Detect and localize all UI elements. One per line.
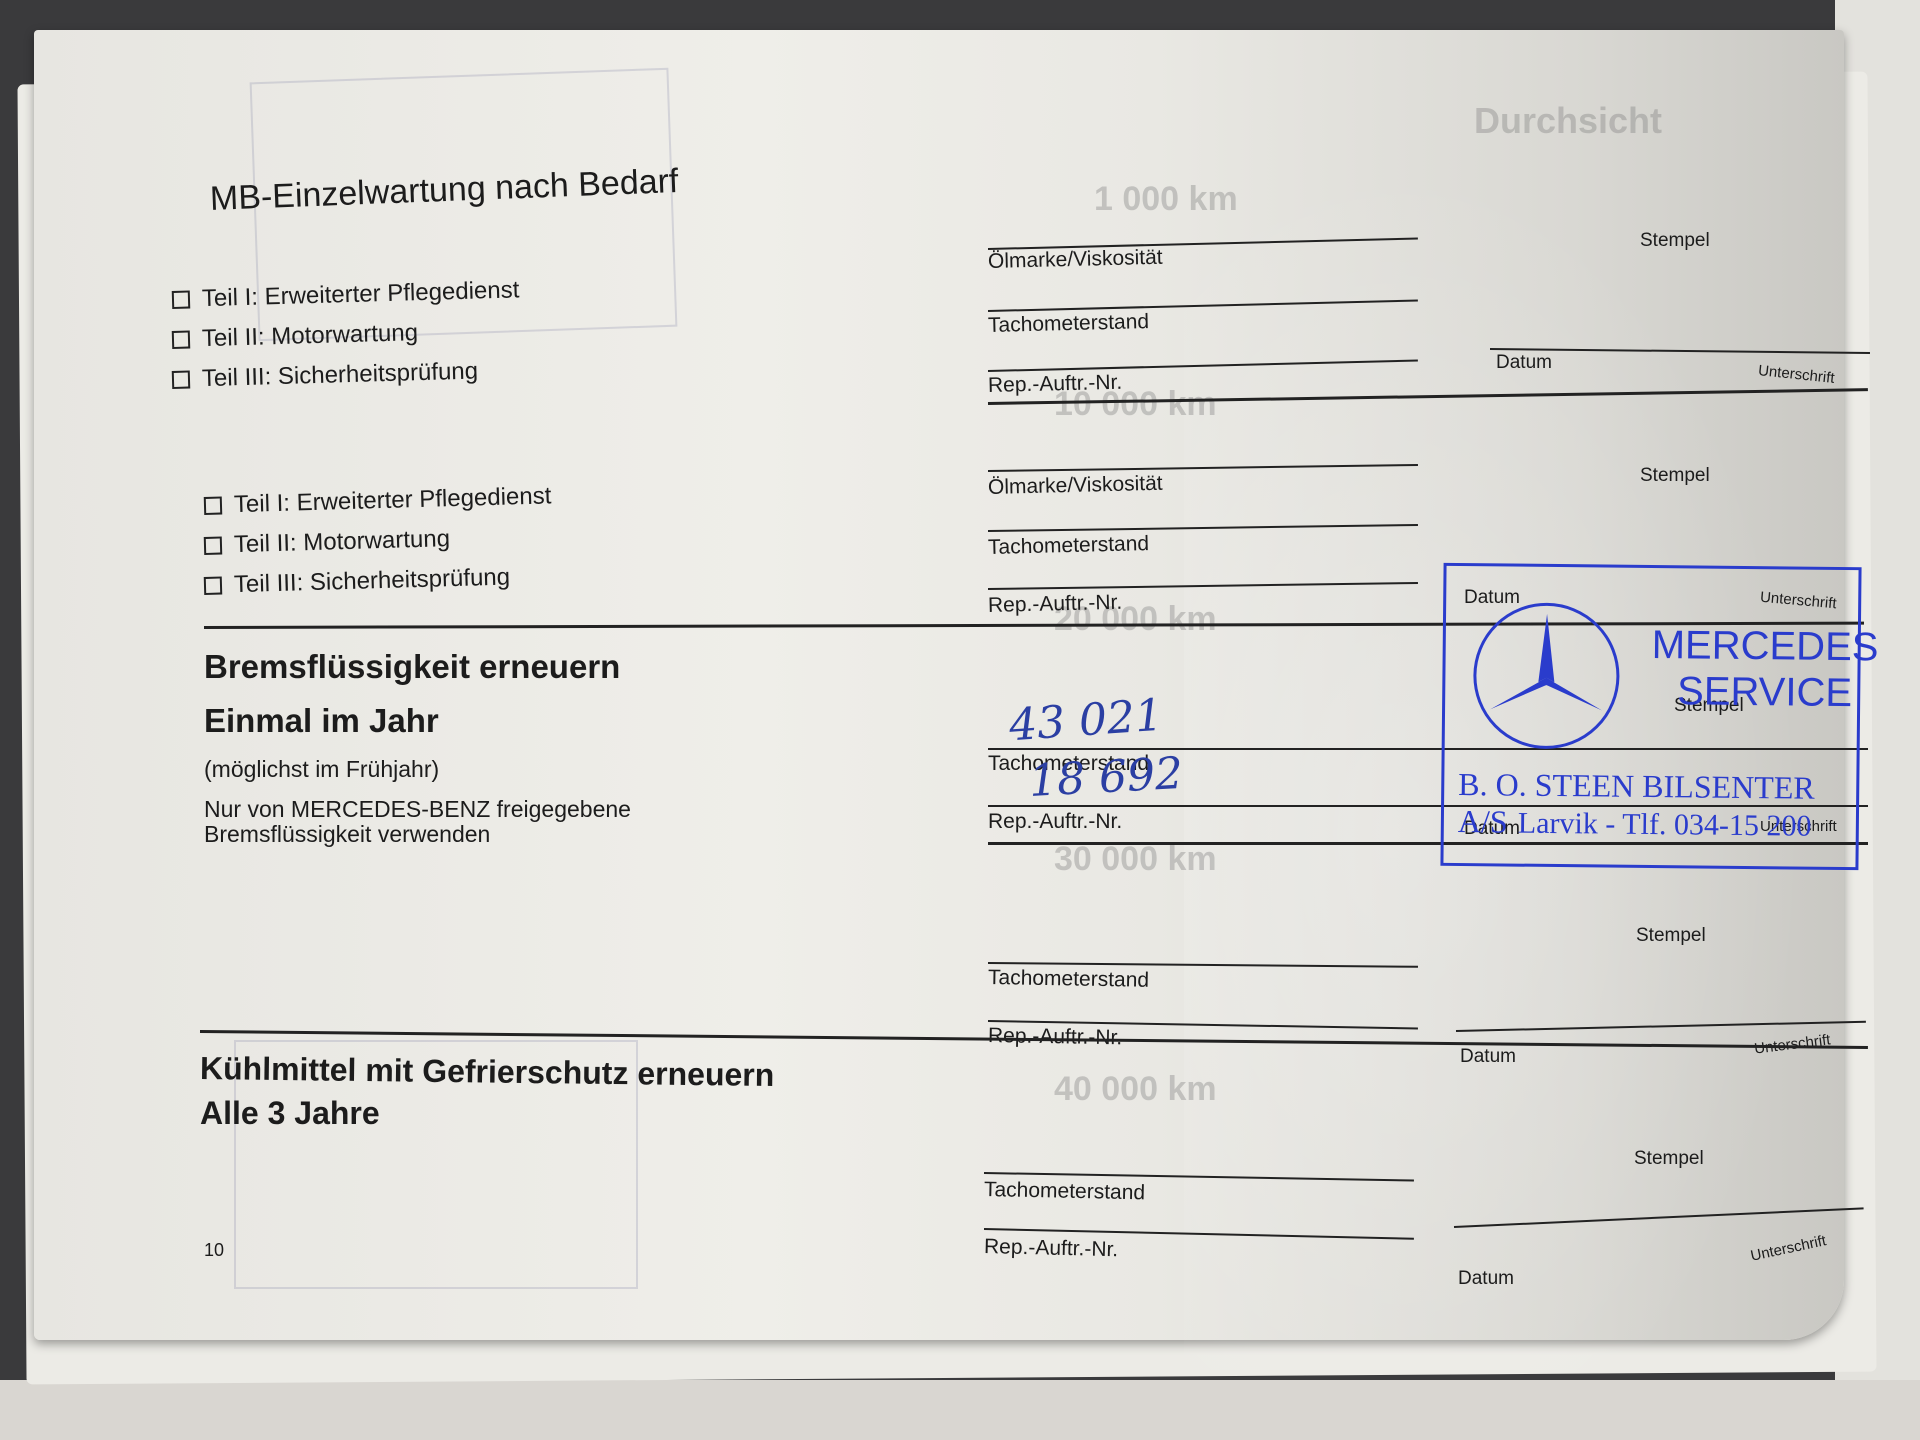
stamp-label: Stempel [1634, 1148, 1704, 1170]
field-label-order-no: Rep.-Auftr.-Nr. [988, 591, 1123, 618]
section-title-coolant: Kühlmittel mit Gefrierschutz erneuern [200, 1050, 775, 1094]
field-label-odometer: Tachometerstand [988, 532, 1150, 560]
checkbox[interactable] [204, 577, 222, 595]
floor-background [0, 1380, 1920, 1440]
checkbox[interactable] [172, 331, 190, 349]
date-label: Datum [1496, 352, 1552, 374]
item-label: Teil II: Motorwartung [234, 525, 451, 559]
date-label: Datum [1458, 1268, 1514, 1290]
stamp-location-phone: Larvik - Tlf. 034-15 200 [1518, 807, 1812, 844]
handwritten-odometer: 43 021 [1007, 690, 1164, 752]
bleed-text: Durchsicht [1474, 100, 1662, 142]
section-hint: (möglichst im Frühjahr) [204, 756, 439, 783]
dealer-stamp: MERCEDES SERVICE B. O. STEEN BILSENTER A… [1440, 563, 1861, 870]
section-title-brake-fluid: Bremsflüssigkeit erneuern [204, 648, 620, 686]
page-number: 10 [204, 1240, 224, 1261]
checklist-item[interactable]: Teil II: Motorwartung [204, 525, 451, 560]
stamp-label: Stempel [1640, 230, 1710, 252]
section-note: Nur von MERCEDES-BENZ freigegebene [204, 796, 631, 823]
field-label-odometer: Tachometerstand [984, 1178, 1146, 1205]
date-label: Datum [1460, 1046, 1516, 1068]
bleed-text: 40 000 km [1054, 1070, 1217, 1109]
field-label-odometer: Tachometerstand [988, 310, 1150, 338]
checkbox[interactable] [204, 497, 222, 515]
stamp-brand-line: SERVICE [1651, 668, 1878, 716]
field-label-oil: Ölmarke/Viskosität [988, 246, 1163, 274]
section-note: Bremsflüssigkeit verwenden [204, 821, 490, 848]
item-label: Teil II: Motorwartung [202, 319, 419, 353]
field-label-order-no: Rep.-Auftr.-Nr. [984, 1235, 1119, 1262]
mercedes-star-icon [1473, 602, 1621, 750]
handwritten-order-no: 18 692 [1028, 748, 1184, 807]
field-label-odometer: Tachometerstand [988, 966, 1149, 993]
item-label: Teil III: Sicherheitsprüfung [202, 357, 479, 393]
service-booklet-page: Durchsicht 1 000 km 10 000 km 20 000 km … [34, 30, 1844, 1340]
field-label-order-no: Rep.-Auftr.-Nr. [988, 371, 1123, 398]
stamp-label: Stempel [1640, 465, 1710, 487]
section-interval: Einmal im Jahr [204, 702, 439, 740]
field-label-oil: Ölmarke/Viskosität [988, 472, 1163, 500]
item-label: Teil III: Sicherheitsprüfung [234, 563, 511, 599]
checkbox[interactable] [204, 537, 222, 555]
item-label: Teil I: Erweiterter Pflegedienst [234, 482, 552, 519]
checkbox[interactable] [172, 371, 190, 389]
checklist-item[interactable]: Teil III: Sicherheitsprüfung [172, 357, 479, 394]
stamp-label: Stempel [1636, 925, 1706, 947]
checklist-item[interactable]: Teil II: Motorwartung [172, 319, 419, 354]
stamp-brand-line: MERCEDES [1652, 622, 1879, 670]
checklist-item[interactable]: Teil I: Erweiterter Pflegedienst [204, 482, 552, 520]
checklist-item[interactable]: Teil III: Sicherheitsprüfung [204, 563, 511, 600]
section-interval: Alle 3 Jahre [200, 1095, 380, 1132]
checkbox[interactable] [172, 291, 190, 309]
bleed-text: 1 000 km [1094, 180, 1238, 219]
stamp-brand: MERCEDES SERVICE [1651, 622, 1879, 716]
bleed-text: 30 000 km [1054, 840, 1217, 879]
field-label-order-no: Rep.-Auftr.-Nr. [988, 810, 1122, 834]
